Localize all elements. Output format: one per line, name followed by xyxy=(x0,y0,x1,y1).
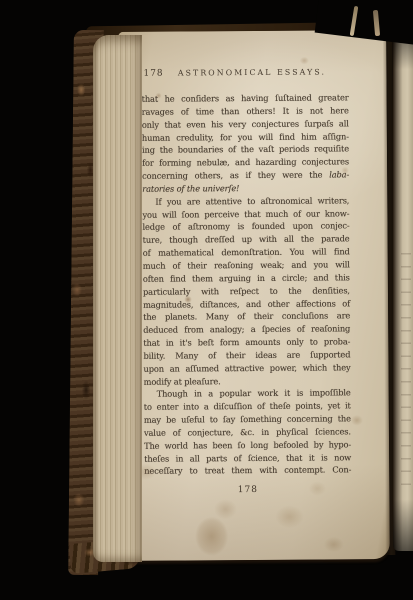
running-title: ASTRONOMICAL ESSAYS. xyxy=(141,67,348,77)
facing-page-text-shadow xyxy=(401,253,411,493)
book-page: 178 ASTRONOMICAL ESSAYS. thatheconſiders… xyxy=(118,30,390,561)
page-edge-stack xyxy=(93,35,142,562)
page-text: thatheconſidersashavingſuſtainedgreaterr… xyxy=(142,92,352,479)
facing-page-edge xyxy=(393,33,413,551)
footer-page-number: 178 xyxy=(144,485,351,496)
text-line: neceſſarytotreatthemwithcontempt.Con- xyxy=(144,465,351,479)
printed-area: 178 ASTRONOMICAL ESSAYS. thatheconſiders… xyxy=(141,30,351,496)
page-header: 178 ASTRONOMICAL ESSAYS. xyxy=(141,67,348,82)
header-page-number: 178 xyxy=(143,69,163,79)
photo-background: 178 ASTRONOMICAL ESSAYS. thatheconſiders… xyxy=(0,0,413,600)
